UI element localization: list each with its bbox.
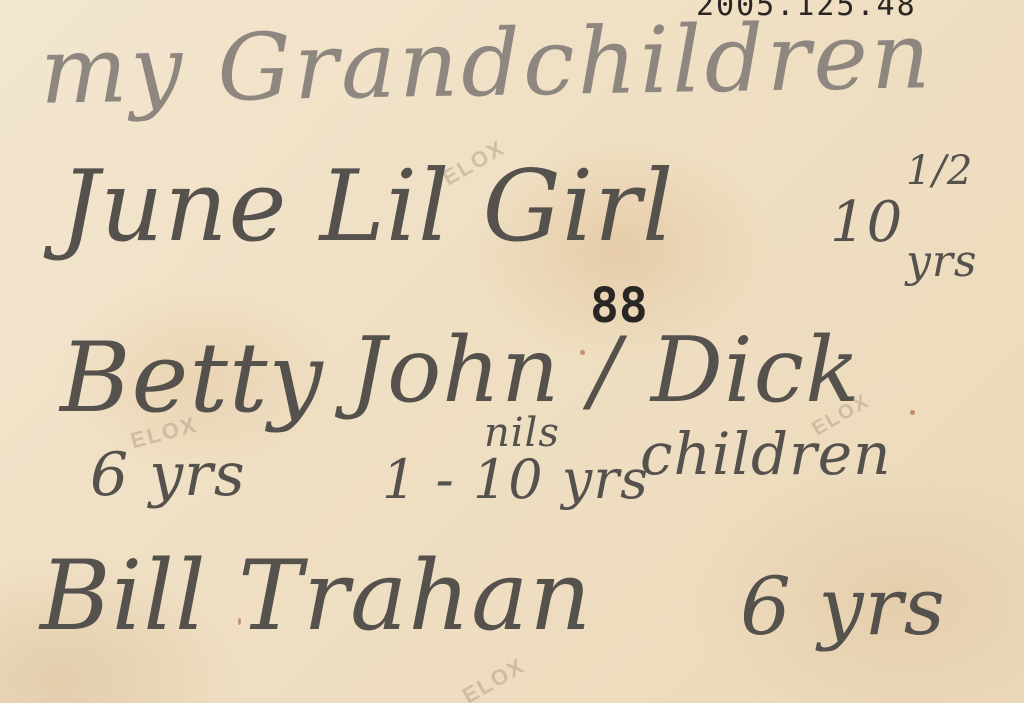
stain-spot xyxy=(910,410,915,415)
june-age-unit: yrs xyxy=(906,236,977,287)
john-dick-ages: 1 - 10 yrs xyxy=(382,448,649,511)
betty-age: 6 yrs xyxy=(90,440,246,510)
bill-age: 6 yrs xyxy=(740,560,946,653)
photo-back-card: 2005.125.48 my Grandchildren ELOX June L… xyxy=(0,0,1024,703)
watermark-velox-4: ELOX xyxy=(458,653,530,703)
june-age: 10 xyxy=(830,190,903,255)
june-age-fraction: 1/2 xyxy=(906,148,973,194)
june-name: June Lil Girl xyxy=(60,150,674,264)
stain-spot xyxy=(580,350,585,355)
john-dick-names: John / Dick xyxy=(350,318,861,423)
stain-spot xyxy=(238,618,241,625)
title-text: my Grandchildren xyxy=(39,2,934,125)
bill-name: Bill Trahan xyxy=(40,540,592,652)
john-dick-note: children xyxy=(640,420,891,488)
